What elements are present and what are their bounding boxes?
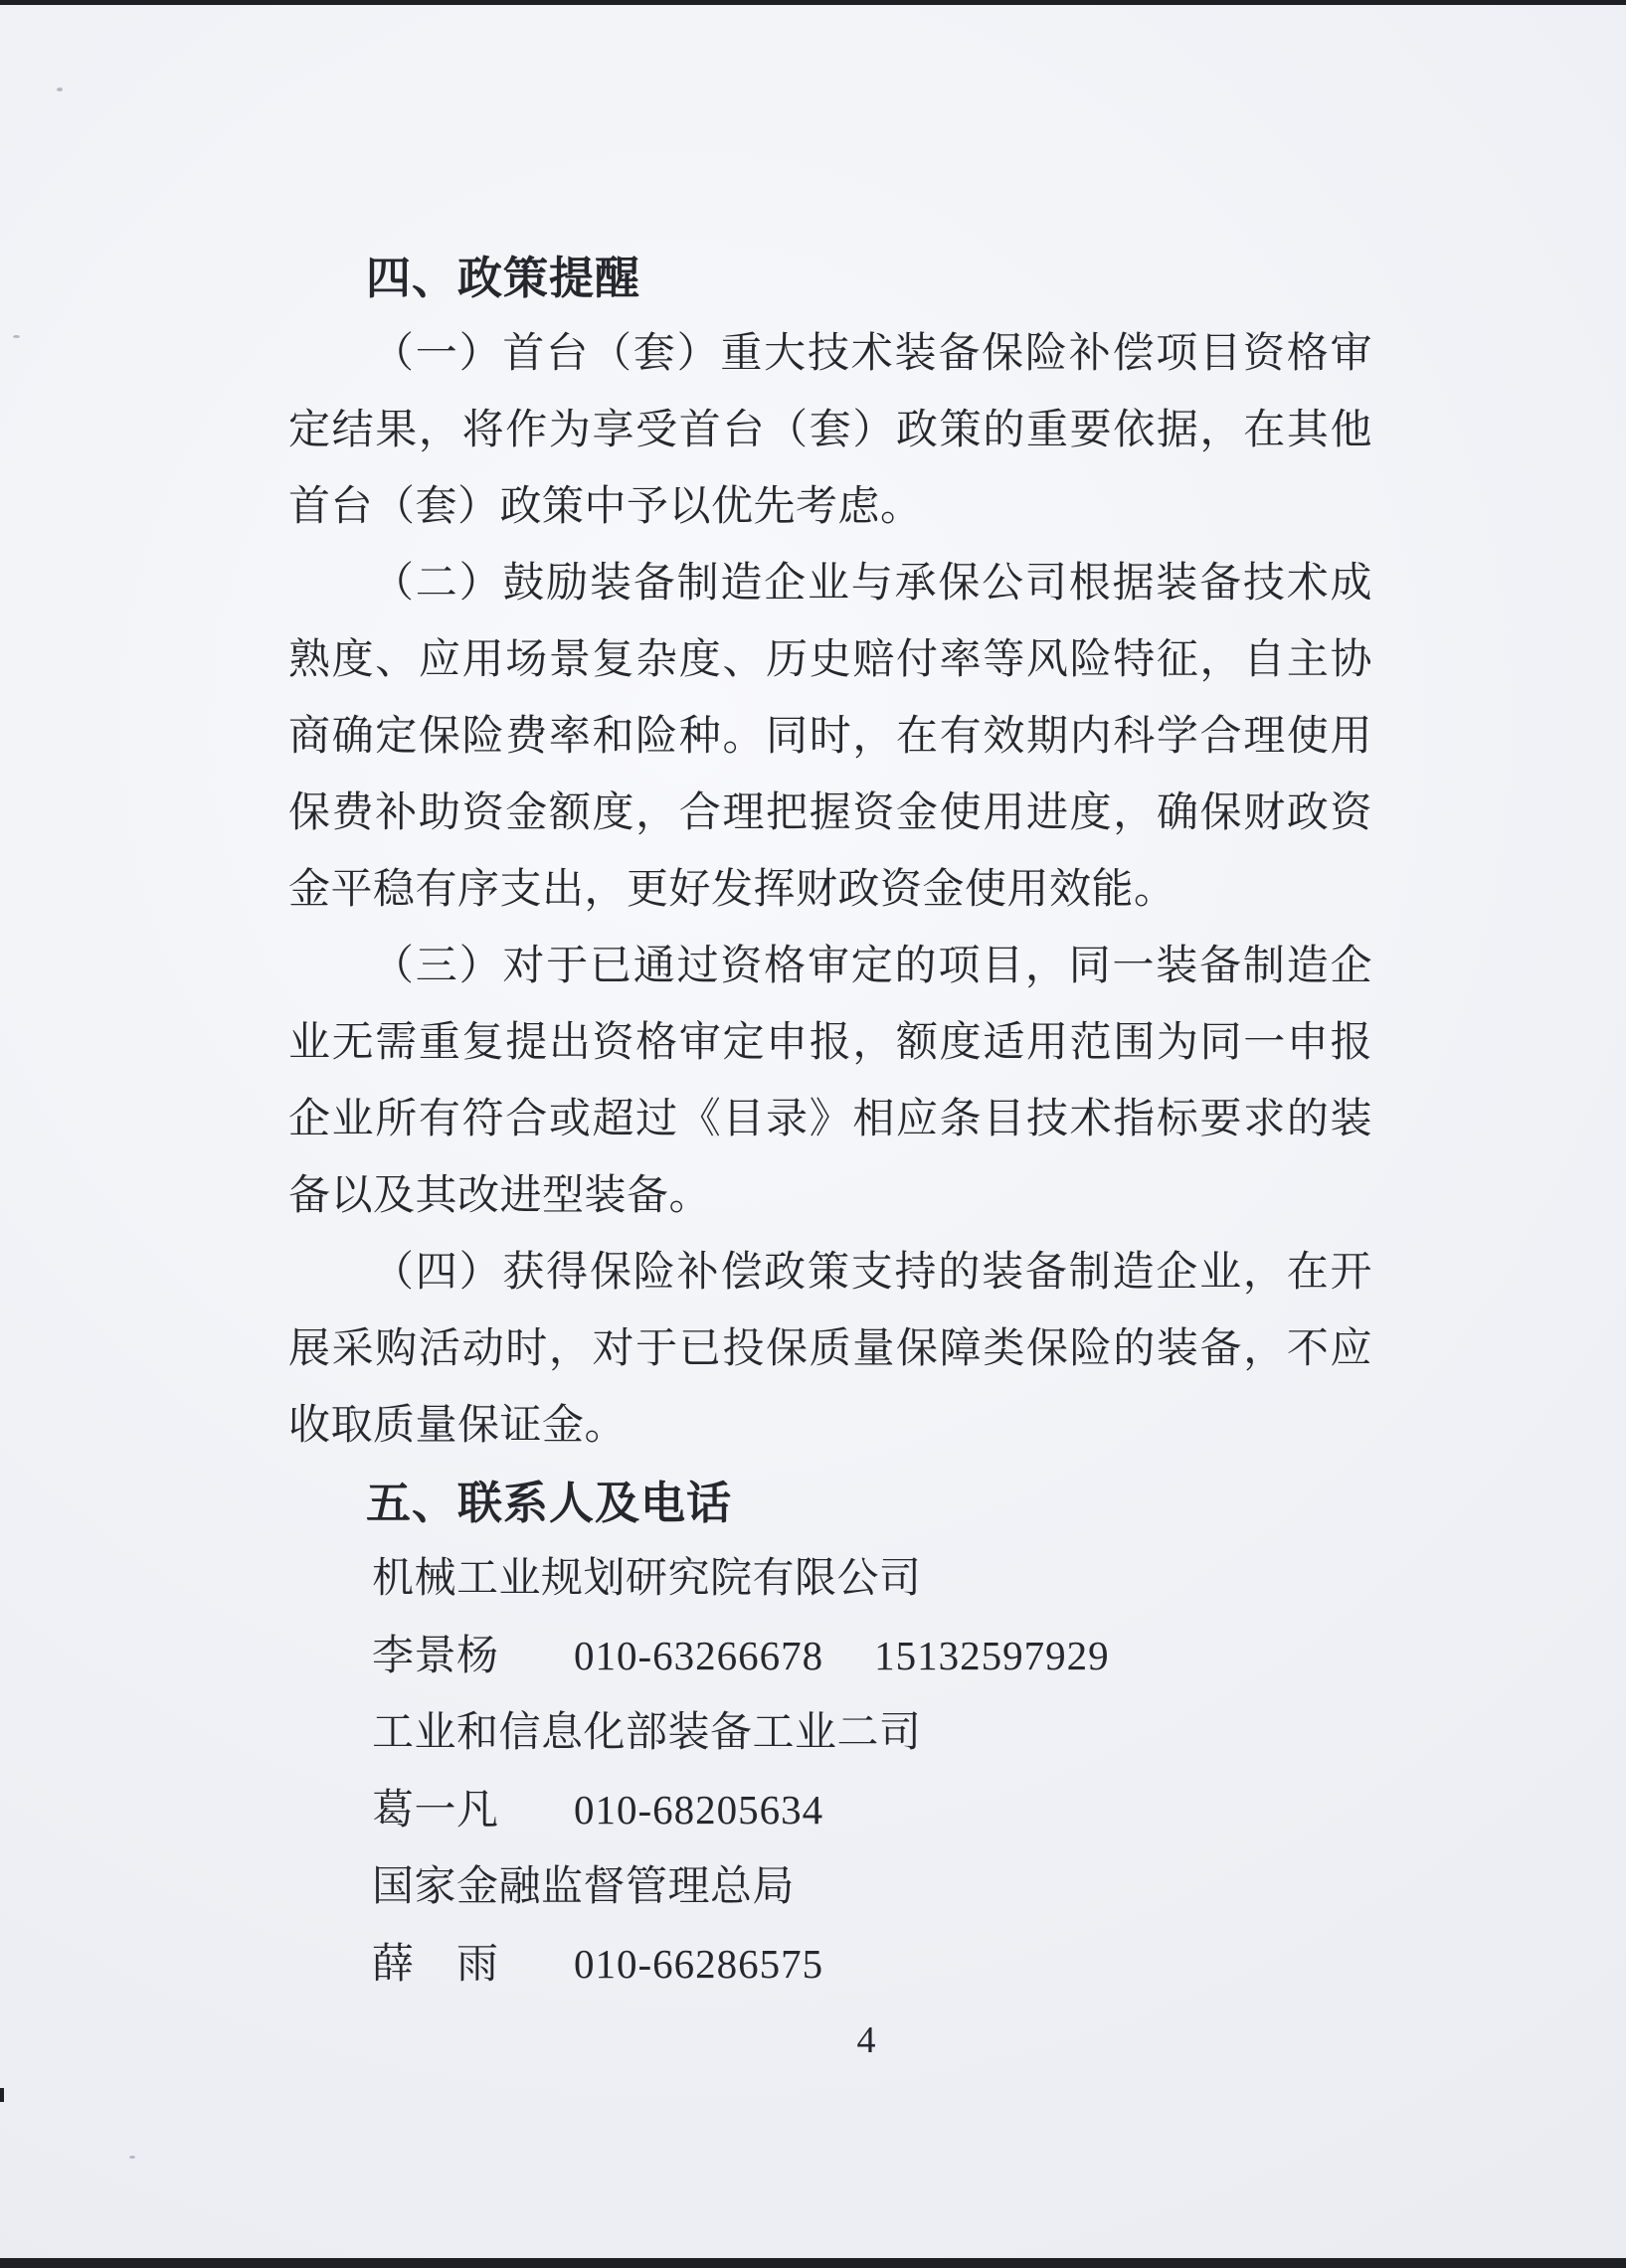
scan-speck — [129, 2156, 135, 2159]
contact-person-name: 葛一凡 — [372, 1773, 563, 1849]
scan-edge-top — [0, 0, 1626, 5]
contact-person-line: 李景杨 010-63266678 15132597929 — [288, 1618, 1372, 1695]
contact-person-name: 李景杨 — [372, 1619, 563, 1695]
contact-org-line: 国家金融监督管理总局 — [288, 1849, 1372, 1926]
contact-person-line: 葛一凡 010-68205634 — [288, 1772, 1372, 1849]
contact-person-name: 薛 雨 — [372, 1927, 563, 2004]
contact-phone-number: 010-68205634 — [574, 1787, 823, 1832]
contact-org-name: 机械工业规划研究院有限公司 — [372, 1556, 922, 1602]
contact-org-line: 机械工业规划研究院有限公司 — [288, 1541, 1372, 1618]
section-4-paragraph-1: （一）首台（套）重大技术装备保险补偿项目资格审定结果，将作为享受首台（套）政策的… — [288, 316, 1372, 546]
scan-mark-left-edge — [0, 2088, 4, 2102]
section-4-heading: 四、政策提醒 — [288, 240, 1372, 316]
contact-org-line: 工业和信息化部装备工业二司 — [288, 1695, 1372, 1772]
section-4-paragraph-3: （三）对于已通过资格审定的项目，同一装备制造企业无需重复提出资格审定申报，额度适… — [288, 929, 1372, 1235]
contact-org-name: 国家金融监督管理总局 — [372, 1864, 795, 1910]
contact-phone-number: 010-63266678 — [574, 1633, 823, 1678]
page-number: 4 — [324, 2003, 1408, 2079]
section-4-paragraph-4: （四）获得保险补偿政策支持的装备制造企业，在开展采购活动时，对于已投保质量保障类… — [288, 1235, 1372, 1465]
section-4-paragraph-2: （二）鼓励装备制造企业与承保公司根据装备技术成熟度、应用场景复杂度、历史赔付率等… — [288, 546, 1372, 929]
scan-edge-bottom — [0, 2258, 1626, 2268]
scan-speck — [57, 87, 63, 91]
contact-person-line: 薛 雨 010-66286575 — [288, 1926, 1372, 2004]
section-5-heading: 五、联系人及电话 — [288, 1465, 1372, 1541]
contact-phone-number: 010-66286575 — [574, 1941, 823, 1987]
contact-org-name: 工业和信息化部装备工业二司 — [372, 1710, 922, 1756]
document-body: 四、政策提醒 （一）首台（套）重大技术装备保险补偿项目资格审定结果，将作为享受首… — [288, 240, 1372, 2004]
scan-speck — [13, 335, 20, 338]
contact-mobile-number: 15132597929 — [874, 1633, 1110, 1678]
scanned-document-page: 四、政策提醒 （一）首台（套）重大技术装备保险补偿项目资格审定结果，将作为享受首… — [0, 0, 1626, 2268]
